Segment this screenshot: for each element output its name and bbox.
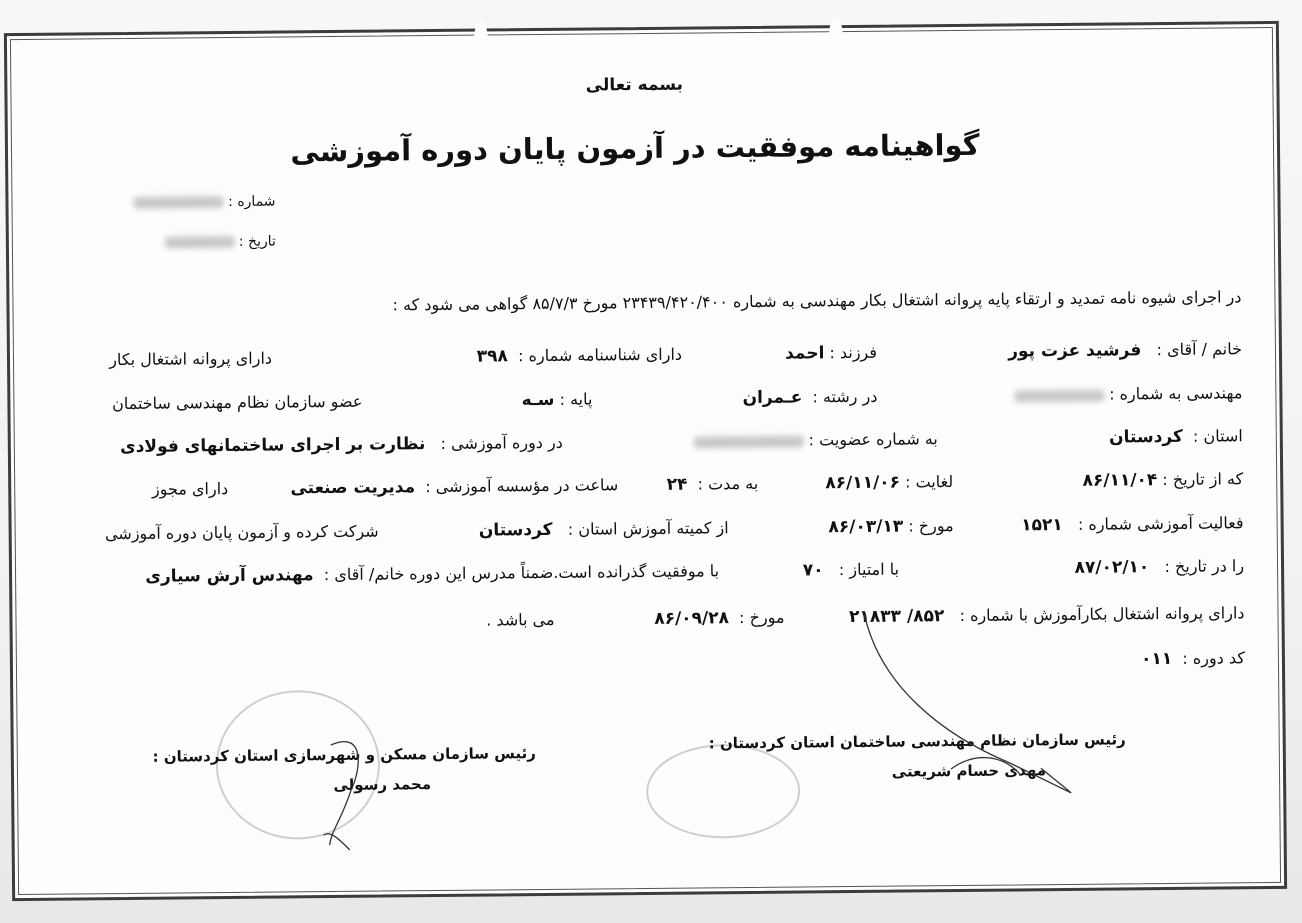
- certificate-paper: بسمه تعالی گواهینامه موفقیت در آزمون پای…: [4, 21, 1287, 901]
- signature-strokes: [4, 21, 1287, 901]
